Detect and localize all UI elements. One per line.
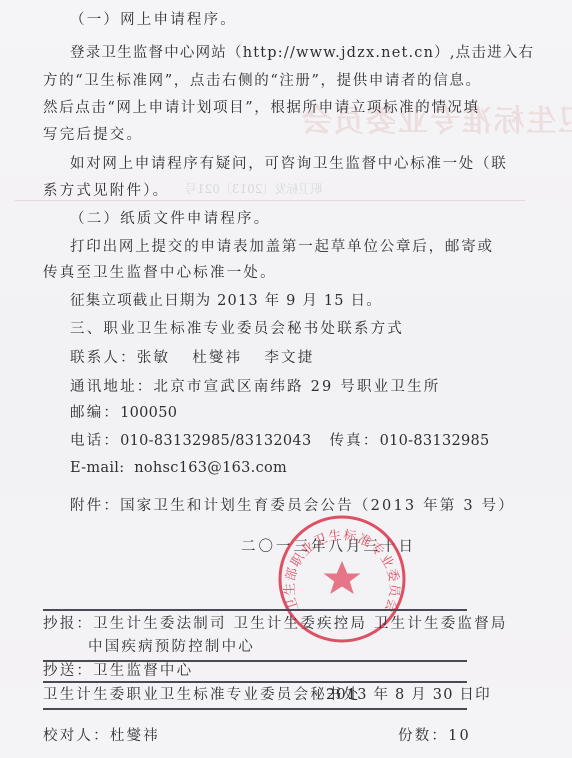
address-row: 通讯地址：北京市宣武区南纬路 29 号职业卫生所 [70,378,440,396]
postcode-value: 100050 [120,405,177,421]
cc-send-row: 抄送：卫生监督中心 [43,662,193,680]
cc-report-row: 抄报：卫生计生委法制司 卫生计生委疾控局 卫生计生委监督局 [43,615,508,633]
contacts-row: 联系人：张敏杜燮祎李文捷 [70,349,314,367]
signature-date: 二〇一三年八月三十日 [241,538,416,556]
attachment-row: 附件：国家卫生和计划生育委员会公告（2013 年第 3 号） [70,497,515,515]
cc-report-label: 抄报： [43,616,93,632]
copies-row: 份数：10 [398,727,471,745]
address-value: 北京市宣武区南纬路 29 号职业卫生所 [154,379,441,395]
bleed-through-doc-number: 职卫标发〔2013〕021号 [185,180,322,197]
email-row: E-mail: nohsc163@163.com [70,459,287,477]
proofreader-label: 校对人： [43,728,110,744]
contact-name: 杜燮祎 [192,350,242,366]
proofreader-name: 杜燮祎 [110,728,160,744]
email-value: nohsc163@163.com [134,460,287,476]
document-page: 卫生部职业卫生标准专业委员会 职卫标发〔2013〕021号 （一）网上申请程序。… [0,0,572,758]
contacts-label: 联系人： [70,350,137,366]
postcode-row: 邮编：100050 [70,404,177,422]
cc-report-recipients-line2: 中国疾病预防控制中心 [88,638,255,656]
email-label: E-mail: [70,460,124,476]
copies-value: 10 [448,728,471,744]
section3-heading: 三、职业卫生标准专业委员会秘书处联系方式 [70,320,404,338]
cc-report-recipients: 卫生计生委法制司 卫生计生委疾控局 卫生计生委监督局 [93,616,507,632]
section1-heading: （一）网上申请程序。 [70,11,237,29]
section1-paragraph1-line4: 写完后提交。 [43,126,143,144]
attachment-text: 国家卫生和计划生育委员会公告（2013 年第 3 号） [120,498,515,514]
fax-label: 传真： [329,433,379,449]
contact-name: 李文捷 [264,350,314,366]
footer-rule-top [43,609,467,611]
copies-label: 份数： [398,728,448,744]
phone-fax-row: 电话：010-83132985/83132043传真：010-83132985 [70,432,490,450]
section1-paragraph2-line1: 如对网上申请程序有疑问，可咨询卫生监督中心标准一处（联 [70,155,507,173]
print-date: 2013 年 8 月 30 日印 [326,686,491,704]
section2-heading: （二）纸质文件申请程序。 [70,210,270,228]
section2-paragraph1-line1: 打印出网上提交的申请表加盖第一起草单位公章后，邮寄或 [70,238,494,256]
cc-send-recipients: 卫生监督中心 [93,663,193,679]
section1-paragraph1-line1: 登录卫生监督中心网站（http://www.jdzx.net.cn）,点击进入右 [70,44,534,62]
fax-value: 010-83132985 [380,433,490,449]
proofreader-row: 校对人：杜燮祎 [43,727,160,745]
attachment-label: 附件： [70,498,120,514]
postcode-label: 邮编： [70,405,120,421]
contact-name: 张敏 [137,350,170,366]
phone-label: 电话： [70,433,120,449]
phone-value: 010-83132985/83132043 [120,433,311,449]
section1-paragraph2-line2: 系方式见附件）。 [43,182,169,200]
section1-paragraph1-line2: 方的“卫生标准网”，点击右侧的“注册”，提供申请者的信息。 [43,72,482,90]
footer-rule-3 [43,681,467,683]
bleed-through-rule [15,200,525,201]
issuer-text: 卫生计生委职业卫生标准专业委员会秘书处 [43,686,360,704]
address-label: 通讯地址： [70,379,154,395]
cc-send-label: 抄送： [43,663,93,679]
footer-rule-bottom [43,708,467,710]
deadline-text: 征集立项截止日期为 2013 年 9 月 15 日。 [70,292,382,310]
section1-paragraph1-line3: 然后点击“网上申请计划项目”，根据所申请立项标准的情况填 [43,99,480,117]
star-icon [324,561,361,594]
section2-paragraph1-line2: 传真至卫生监督中心标准一处。 [43,264,277,282]
